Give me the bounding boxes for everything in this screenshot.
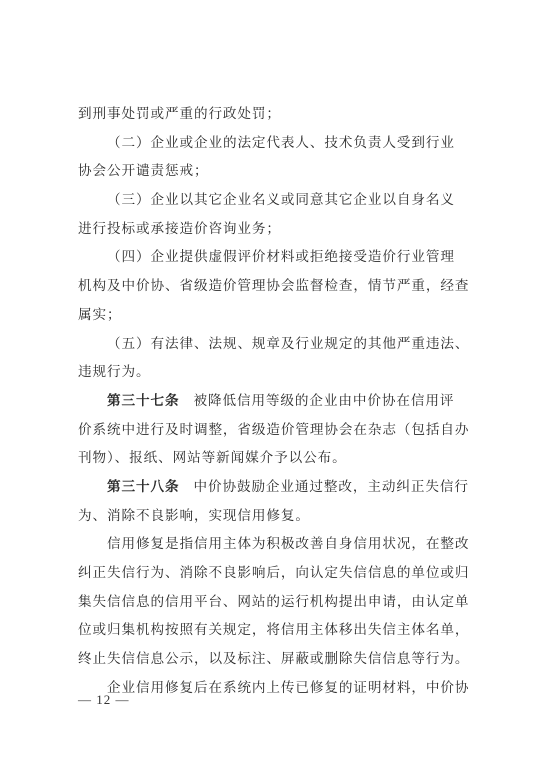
- article-text: 被降低信用等级的企业由中价协在信用评: [193, 393, 454, 409]
- article-38-line: 第三十八条中价协鼓励企业通过整改，主动纠正失信行: [78, 473, 466, 502]
- text-line: （三）企业以其它企业名义或同意其它企业以自身名义: [78, 186, 466, 215]
- text-line: 为、消除不良影响，实现信用修复。: [78, 502, 466, 531]
- text-line: 机构及中价协、省级造价管理协会监督检查，情节严重，经查: [78, 272, 466, 301]
- text-line: 信用修复是指信用主体为积极改善自身信用状况，在整改: [78, 530, 466, 559]
- text-line: 进行投标或承接造价咨询业务；: [78, 215, 466, 244]
- text-line: （四）企业提供虚假评价材料或拒绝接受造价行业管理: [78, 243, 466, 272]
- text-line: 终止失信信息公示，以及标注、屏蔽或删除失信信息等行为。: [78, 645, 466, 674]
- page-number: — 12 —: [78, 692, 130, 708]
- article-text: 中价协鼓励企业通过整改，主动纠正失信行: [193, 479, 468, 495]
- text-line: 刊物）、报纸、网站等新闻媒介予以公布。: [78, 444, 466, 473]
- text-line: 位或归集机构按照有关规定，将信用主体移出失信主体名单，: [78, 616, 466, 645]
- article-37-line: 第三十七条被降低信用等级的企业由中价协在信用评: [78, 387, 466, 416]
- text-line: 协会公开谴责惩戒；: [78, 157, 466, 186]
- text-line: 违规行为。: [78, 358, 466, 387]
- text-line: 到刑事处罚或严重的行政处罚；: [78, 100, 466, 129]
- article-heading: 第三十八条: [107, 479, 179, 495]
- document-body: 到刑事处罚或严重的行政处罚； （二）企业或企业的法定代表人、技术负责人受到行业 …: [78, 100, 466, 702]
- text-line: 企业信用修复后在系统内上传已修复的证明材料，中价协: [78, 674, 466, 703]
- text-line: 属实；: [78, 301, 466, 330]
- text-line: 价系统中进行及时调整，省级造价管理协会在杂志（包括自办: [78, 416, 466, 445]
- text-line: 纠正失信行为、消除不良影响后，向认定失信信息的单位或归: [78, 559, 466, 588]
- text-line: （五）有法律、法规、规章及行业规定的其他严重违法、: [78, 330, 466, 359]
- text-line: 集失信信息的信用平台、网站的运行机构提出申请，由认定单: [78, 588, 466, 617]
- article-heading: 第三十七条: [107, 393, 179, 409]
- text-line: （二）企业或企业的法定代表人、技术负责人受到行业: [78, 129, 466, 158]
